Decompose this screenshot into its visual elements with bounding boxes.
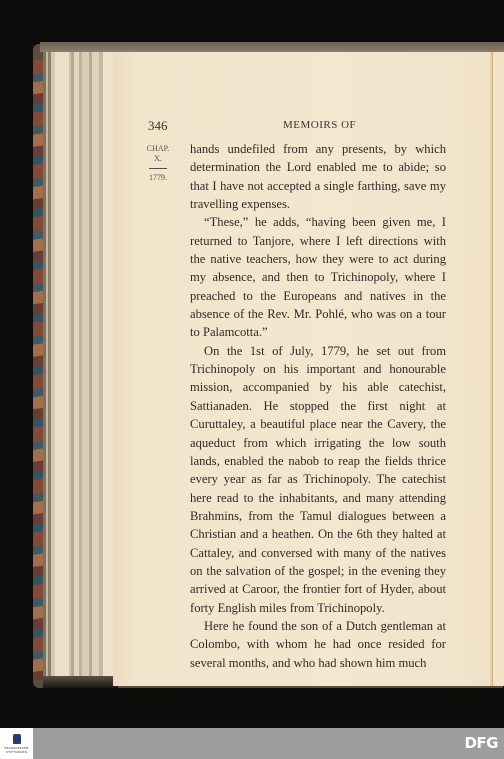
facing-page-edge [490, 52, 504, 686]
body-text: hands undefiled from any presents, by wh… [190, 140, 446, 672]
page-stack [43, 52, 113, 684]
chapter-number: X. [140, 154, 176, 164]
margin-note: CHAP. X. 1779. [140, 144, 176, 183]
paragraph: hands undefiled from any presents, by wh… [190, 140, 446, 213]
paragraph: “These,” he adds, “having been given me,… [190, 213, 446, 341]
scan-viewer: 346 MEMOIRS OF CHAP. X. 1779. hands unde… [0, 0, 504, 728]
library-logo[interactable]: FRANCKESCHE STIFTUNGEN [0, 728, 33, 759]
margin-year: 1779. [140, 173, 176, 183]
chapter-label: CHAP. [140, 144, 176, 154]
logo-caption: FRANCKESCHE STIFTUNGEN [2, 746, 31, 754]
paragraph: Here he found the son of a Dutch gentlem… [190, 617, 446, 672]
dfg-logo[interactable]: DFG [464, 734, 498, 752]
book-cover-top-edge [40, 42, 504, 52]
page-number: 346 [148, 118, 168, 134]
paragraph: On the 1st of July, 1779, he set out fro… [190, 342, 446, 617]
marbled-edge [33, 60, 43, 680]
running-head: MEMOIRS OF [283, 119, 356, 131]
viewer-footer-bar: FRANCKESCHE STIFTUNGEN DFG [0, 728, 504, 759]
library-emblem-icon [13, 734, 21, 744]
page-stack-shadow [43, 676, 118, 688]
margin-rule [149, 168, 167, 169]
